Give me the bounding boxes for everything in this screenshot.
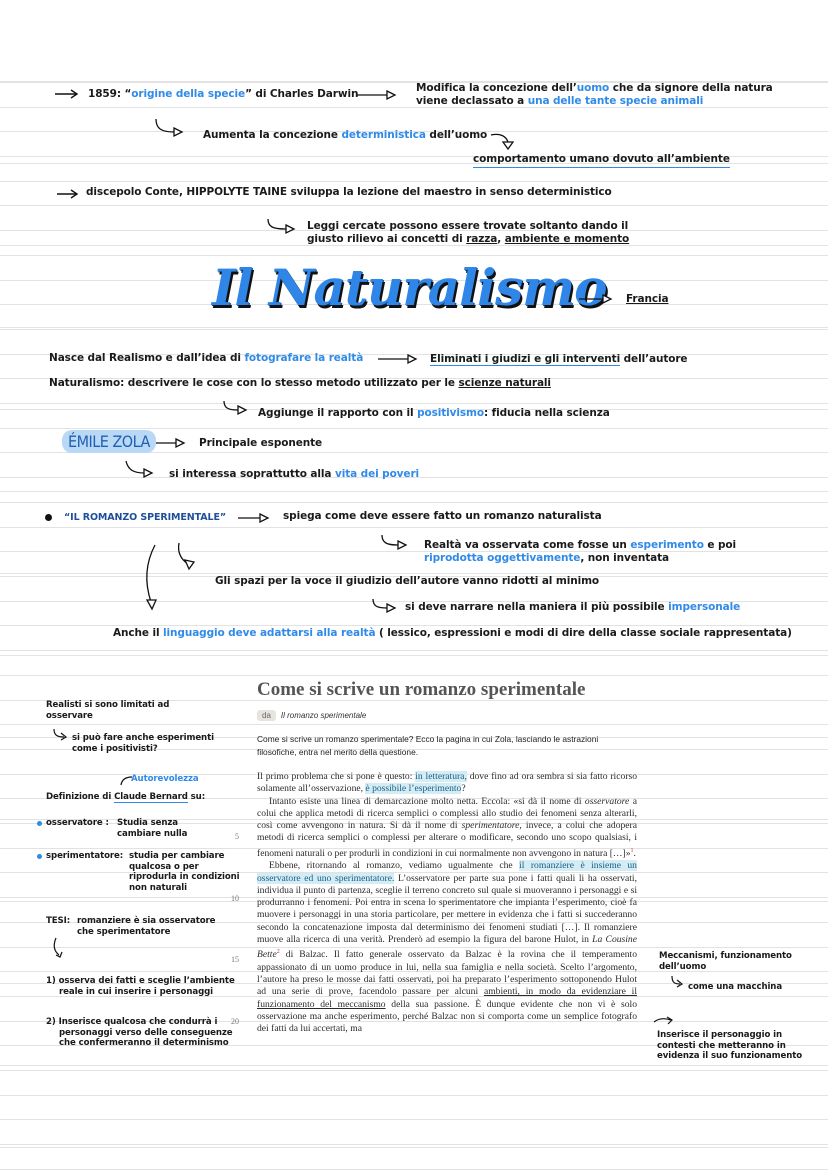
p1-text: ?: [461, 783, 465, 794]
razza-term: razza: [466, 233, 497, 245]
realta-post: e poi: [704, 539, 736, 551]
p2-italic: sperimentatore: [462, 820, 520, 831]
ruled-line: [0, 255, 828, 256]
contesti-line-3: evidenza il suo funzionamento: [657, 1051, 802, 1062]
bernard-name: Claude Bernard: [114, 792, 188, 803]
tesi-line-1: romanziere è sia osservatore: [77, 916, 215, 927]
metodo-pre: Naturalismo: descrivere le cose con lo s…: [49, 377, 458, 389]
ruled-line: [0, 403, 828, 404]
arrow-right-hollow-icon: [156, 438, 186, 448]
darwin-suffix: ” di Charles Darwin: [245, 88, 358, 100]
positivismo-post: : fiducia nella scienza: [484, 407, 610, 419]
curved-arrow-icon: [154, 117, 188, 139]
arrow-right-hollow-icon: [357, 90, 397, 100]
arrow-right-icon: [55, 89, 81, 99]
romanzo-desc: spiega come deve essere fatto un romanzo…: [283, 510, 602, 523]
ruled-line: [0, 329, 828, 330]
autorevolezza-label: Autorevolezza: [131, 774, 199, 785]
paragraph-2: Intanto esiste una linea di demarcazione…: [257, 796, 637, 861]
determinismo-pre: Aumenta la concezione: [203, 129, 341, 141]
positivisti-line-1: si può fare anche esperimenti: [72, 733, 214, 744]
p1-text: Il primo problema che si pone è questo:: [257, 771, 415, 782]
comportamento-text: comportamento umano dovuto all’ambiente: [473, 153, 730, 165]
eliminati-note: Eliminati i giudizi e gli interventi del…: [430, 353, 687, 366]
curved-arrow-icon: [653, 1016, 677, 1026]
step-2-line-3: che confermeranno il determinismo: [46, 1038, 232, 1049]
curved-arrow-icon: [670, 975, 686, 989]
sperimentatore-def-line: non naturali: [129, 883, 240, 894]
realta-pre: Realtà va osservata come fosse un: [424, 539, 630, 551]
ruled-line: [0, 1144, 828, 1145]
paragraph-3: Ebbene, ritornando al romanzo, vediamo u…: [257, 860, 637, 1035]
contesti-line-2: contesti che metteranno in: [657, 1041, 802, 1052]
darwin-prefix: 1859: “: [88, 88, 131, 100]
step-2-line-1: 2) Inserisce qualcosa che condurrà i: [46, 1017, 232, 1028]
ruled-line: [0, 650, 828, 651]
uomo-post: che da signore della natura: [609, 82, 773, 94]
bullet-dot: [45, 514, 52, 521]
leggi-sep: ,: [497, 233, 504, 245]
bullet-blue-dot: [37, 854, 42, 859]
p2-text: .: [634, 848, 636, 859]
realta-note: Realtà va osservata come fosse un esperi…: [424, 539, 736, 565]
romanzo-sperimentale-title: “IL ROMANZO SPERIMENTALE”: [64, 511, 226, 524]
book-text: Il primo problema che si pone è questo: …: [257, 771, 637, 1036]
ruled-line: [0, 625, 828, 626]
ruled-line: [0, 724, 828, 725]
declassato-hl: una delle tante specie animali: [528, 95, 704, 107]
meccanismi-note: Meccanismi, funzionamento dell’uomo: [659, 951, 792, 972]
step-1-note: 1) osserva dei fatti e sceglie l’ambient…: [46, 976, 235, 997]
sperimentatore-def-line: studia per cambiare: [129, 851, 240, 862]
realisti-line-1: Realisti si sono limitati ad: [46, 700, 169, 711]
line-number: 20: [231, 1017, 239, 1026]
curved-arrow-icon: [52, 728, 72, 742]
curved-arrow-icon: [371, 598, 401, 614]
meccanismi-line-1: Meccanismi, funzionamento: [659, 951, 792, 962]
page-title: Il Naturalismo: [212, 258, 606, 318]
poveri-pre: si interessa soprattutto alla: [169, 468, 335, 480]
step-1-line-2: reale in cui inserire i personaggi: [46, 987, 235, 998]
book-source: daIl romanzo sperimentale: [257, 710, 366, 721]
arrow-right-icon: [57, 189, 81, 199]
ruled-line: [0, 675, 828, 676]
curved-arrow-down-icon: [176, 542, 200, 572]
uomo-note: Modifica la concezione dell’uomo che da …: [416, 82, 773, 108]
book-title: Come si scrive un romanzo sperimentale: [257, 679, 585, 701]
poveri-note: si interessa soprattutto alla vita dei p…: [169, 468, 419, 481]
ruled-line: [0, 1070, 828, 1071]
p1-highlight: in letteratura,: [415, 771, 467, 782]
linguaggio-post: ( lessico, espressioni e modi di dire de…: [375, 627, 791, 639]
eliminati-post: dell’autore: [620, 353, 687, 365]
contesti-line-1: Inserisce il personaggio in: [657, 1030, 802, 1041]
curved-arrow-down-icon: [52, 937, 68, 961]
arrow-right-hollow-icon: [378, 354, 418, 364]
positivismo-hl: positivismo: [417, 407, 484, 419]
sperimentatore-label: sperimentatore:: [46, 851, 123, 862]
curved-arrow-icon: [380, 534, 412, 552]
ambiente-term: ambiente e momento: [505, 233, 629, 245]
nasce-hl: fotografare la realtà: [244, 352, 363, 364]
ruled-line: [0, 1095, 828, 1096]
leggi-note: Leggi cercate possono essere trovate sol…: [307, 220, 629, 246]
tesi-line-2: che sperimentatore: [77, 927, 215, 938]
osservatore-label: osservatore :: [46, 818, 109, 829]
curved-arrow-icon: [124, 460, 158, 480]
paragraph-1: Il primo problema che si pone è questo: …: [257, 771, 637, 796]
poveri-hl: vita dei poveri: [335, 468, 419, 480]
determinismo-hl: deterministica: [341, 129, 425, 141]
eliminati-ul: Eliminati i giudizi e gli interventi: [430, 353, 620, 366]
osservatore-def: Studia senza cambiare nulla: [117, 818, 187, 839]
step-2-line-2: personaggi verso delle conseguenze: [46, 1028, 232, 1039]
sperimentatore-def-line: qualcosa o per: [129, 862, 240, 873]
positivisti-line-2: come i positivisti?: [72, 744, 214, 755]
leggi-line-2: giusto rilievo ai concetti di: [307, 233, 466, 245]
source-title: Il romanzo sperimentale: [281, 711, 366, 720]
curved-arrow-icon: [222, 400, 252, 416]
p1-highlight: è possibile l’esperimento: [365, 783, 461, 794]
ruled-line: [0, 205, 828, 206]
bernard-post: su:: [188, 792, 205, 802]
determinismo-note: Aumenta la concezione deterministica del…: [203, 129, 487, 142]
step-2-note: 2) Inserisce qualcosa che condurrà i per…: [46, 1017, 232, 1049]
realisti-line-2: osservare: [46, 711, 169, 722]
taine-text: discepolo Conte, HIPPOLYTE TAINE svilupp…: [86, 186, 612, 198]
declassato-pre: viene declassato a: [416, 95, 528, 107]
p2-text: Intanto esiste una linea di demarcazione…: [269, 796, 585, 807]
emile-zola-chip: ÉMILE ZOLA: [62, 430, 156, 453]
taine-note: discepolo Conte, HIPPOLYTE TAINE svilupp…: [86, 186, 612, 199]
darwin-highlight: origine della specie: [131, 88, 245, 100]
metodo-note: Naturalismo: descrivere le cose con lo s…: [49, 377, 551, 390]
riprodotta-post: , non inventata: [580, 552, 669, 564]
contesti-note: Inserisce il personaggio in contesti che…: [657, 1030, 802, 1062]
line-number: 5: [235, 832, 239, 841]
meccanismi-line-2: dell’uomo: [659, 962, 792, 973]
curved-arrow-down-icon: [490, 132, 516, 152]
positivismo-pre: Aggiunge il rapporto con il: [258, 407, 417, 419]
p3-text: Ebbene, ritornando al romanzo, vediamo u…: [269, 860, 519, 871]
esponente-note: Principale esponente: [199, 437, 322, 450]
arrow-right-hollow-icon: [579, 294, 613, 304]
osservatore-def-2: cambiare nulla: [117, 829, 187, 840]
darwin-note: 1859: “origine della specie” di Charles …: [88, 88, 358, 101]
impersonale-pre: si deve narrare nella maniera il più pos…: [405, 601, 668, 613]
uomo-hl: uomo: [577, 82, 609, 94]
francia-label: Francia: [626, 293, 668, 306]
leggi-line-1: Leggi cercate possono essere trovate sol…: [307, 220, 629, 233]
curved-arrow-icon: [266, 218, 302, 236]
linguaggio-pre: Anche il: [113, 627, 163, 639]
impersonale-note: si deve narrare nella maniera il più pos…: [405, 601, 740, 614]
spazi-note: Gli spazi per la voce il giudizio dell’a…: [215, 575, 599, 588]
tesi-label: TESI:: [46, 916, 70, 927]
book-intro: Come si scrive un romanzo sperimentale? …: [257, 733, 637, 759]
riprodotta-hl: riprodotta oggettivamente: [424, 552, 580, 564]
realta-hl: esperimento: [630, 539, 703, 551]
ruled-line: [0, 181, 828, 182]
nasce-pre: Nasce dal Realismo e dall’idea di: [49, 352, 244, 364]
step-1-line-1: 1) osserva dei fatti e sceglie l’ambient…: [46, 976, 235, 987]
positivisti-note: si può fare anche esperimenti come i pos…: [72, 733, 214, 754]
uomo-pre: Modifica la concezione dell’: [416, 82, 577, 94]
sperimentatore-def-line: riprodurla in condizioni: [129, 872, 240, 883]
comportamento-note: comportamento umano dovuto all’ambiente: [473, 153, 730, 168]
positivismo-note: Aggiunge il rapporto con il positivismo:…: [258, 407, 610, 420]
sperimentatore-def: studia per cambiarequalcosa o perriprodu…: [129, 851, 240, 893]
line-number: 10: [231, 894, 239, 903]
bernard-note: Definizione di Claude Bernard su:: [46, 792, 205, 803]
p2-italic: osservatore: [585, 796, 629, 807]
ruled-line: [0, 428, 828, 429]
ruled-line: [0, 1119, 828, 1120]
long-curved-arrow-icon: [143, 544, 163, 614]
arrow-right-hollow-icon: [238, 513, 270, 523]
bernard-pre: Definizione di: [46, 792, 114, 802]
impersonale-hl: impersonale: [668, 601, 740, 613]
realisti-note: Realisti si sono limitati ad osservare: [46, 700, 169, 721]
metodo-ul: scienze naturali: [458, 377, 550, 389]
ruled-line: [0, 1169, 828, 1170]
linguaggio-hl: linguaggio deve adattarsi alla realtà: [163, 627, 375, 639]
source-tag: da: [257, 710, 276, 721]
bullet-blue-dot: [37, 821, 42, 826]
romanzo-title-text: “IL ROMANZO SPERIMENTALE”: [64, 512, 226, 523]
ruled-line: [0, 527, 828, 528]
osservatore-def-1: Studia senza: [117, 818, 187, 829]
macchina-note: come una macchina: [688, 982, 782, 993]
line-number: 15: [231, 955, 239, 964]
nasce-note: Nasce dal Realismo e dall’idea di fotogr…: [49, 352, 363, 365]
linguaggio-note: Anche il linguaggio deve adattarsi alla …: [113, 627, 792, 640]
ruled-line: [0, 502, 828, 503]
determinismo-post: dell’uomo: [426, 129, 487, 141]
tesi-text: romanziere è sia osservatore che sperime…: [77, 916, 215, 937]
